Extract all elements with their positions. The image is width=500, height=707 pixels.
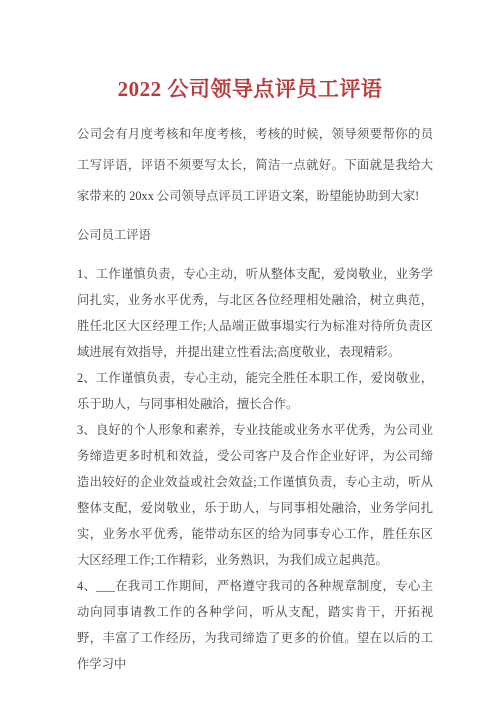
evaluation-item-3: 3、良好的个人形象和素养，专业技能或业务水平优秀，为公司业务缔造更多时机和效益，…	[77, 417, 433, 573]
section-heading: 公司员工评语	[77, 222, 433, 248]
evaluation-item-1: 1、工作谨慎负责，专心主动，听从整体支配，爱岗敬业，业务学问扎实，业务水平优秀，…	[77, 261, 433, 365]
intro-paragraph: 公司会有月度考核和年度考核，考核的时候，领导须要帮你的员工写评语，评语不须要写太…	[77, 119, 433, 212]
document-title: 2022 公司领导点评员工评语	[0, 0, 500, 104]
evaluation-item-2: 2、工作谨慎负责，专心主动，能完全胜任本职工作，爱岗敬业，乐于助人，与同事相处融…	[77, 365, 433, 417]
evaluation-item-4: 4、___在我司工作期间，严格遵守我司的各种规章制度，专心主动向同事请教工作的各…	[77, 573, 433, 677]
document-page: 2022 公司领导点评员工评语 公司会有月度考核和年度考核，考核的时候，领导须要…	[0, 0, 500, 707]
document-body: 公司会有月度考核和年度考核，考核的时候，领导须要帮你的员工写评语，评语不须要写太…	[0, 119, 500, 677]
